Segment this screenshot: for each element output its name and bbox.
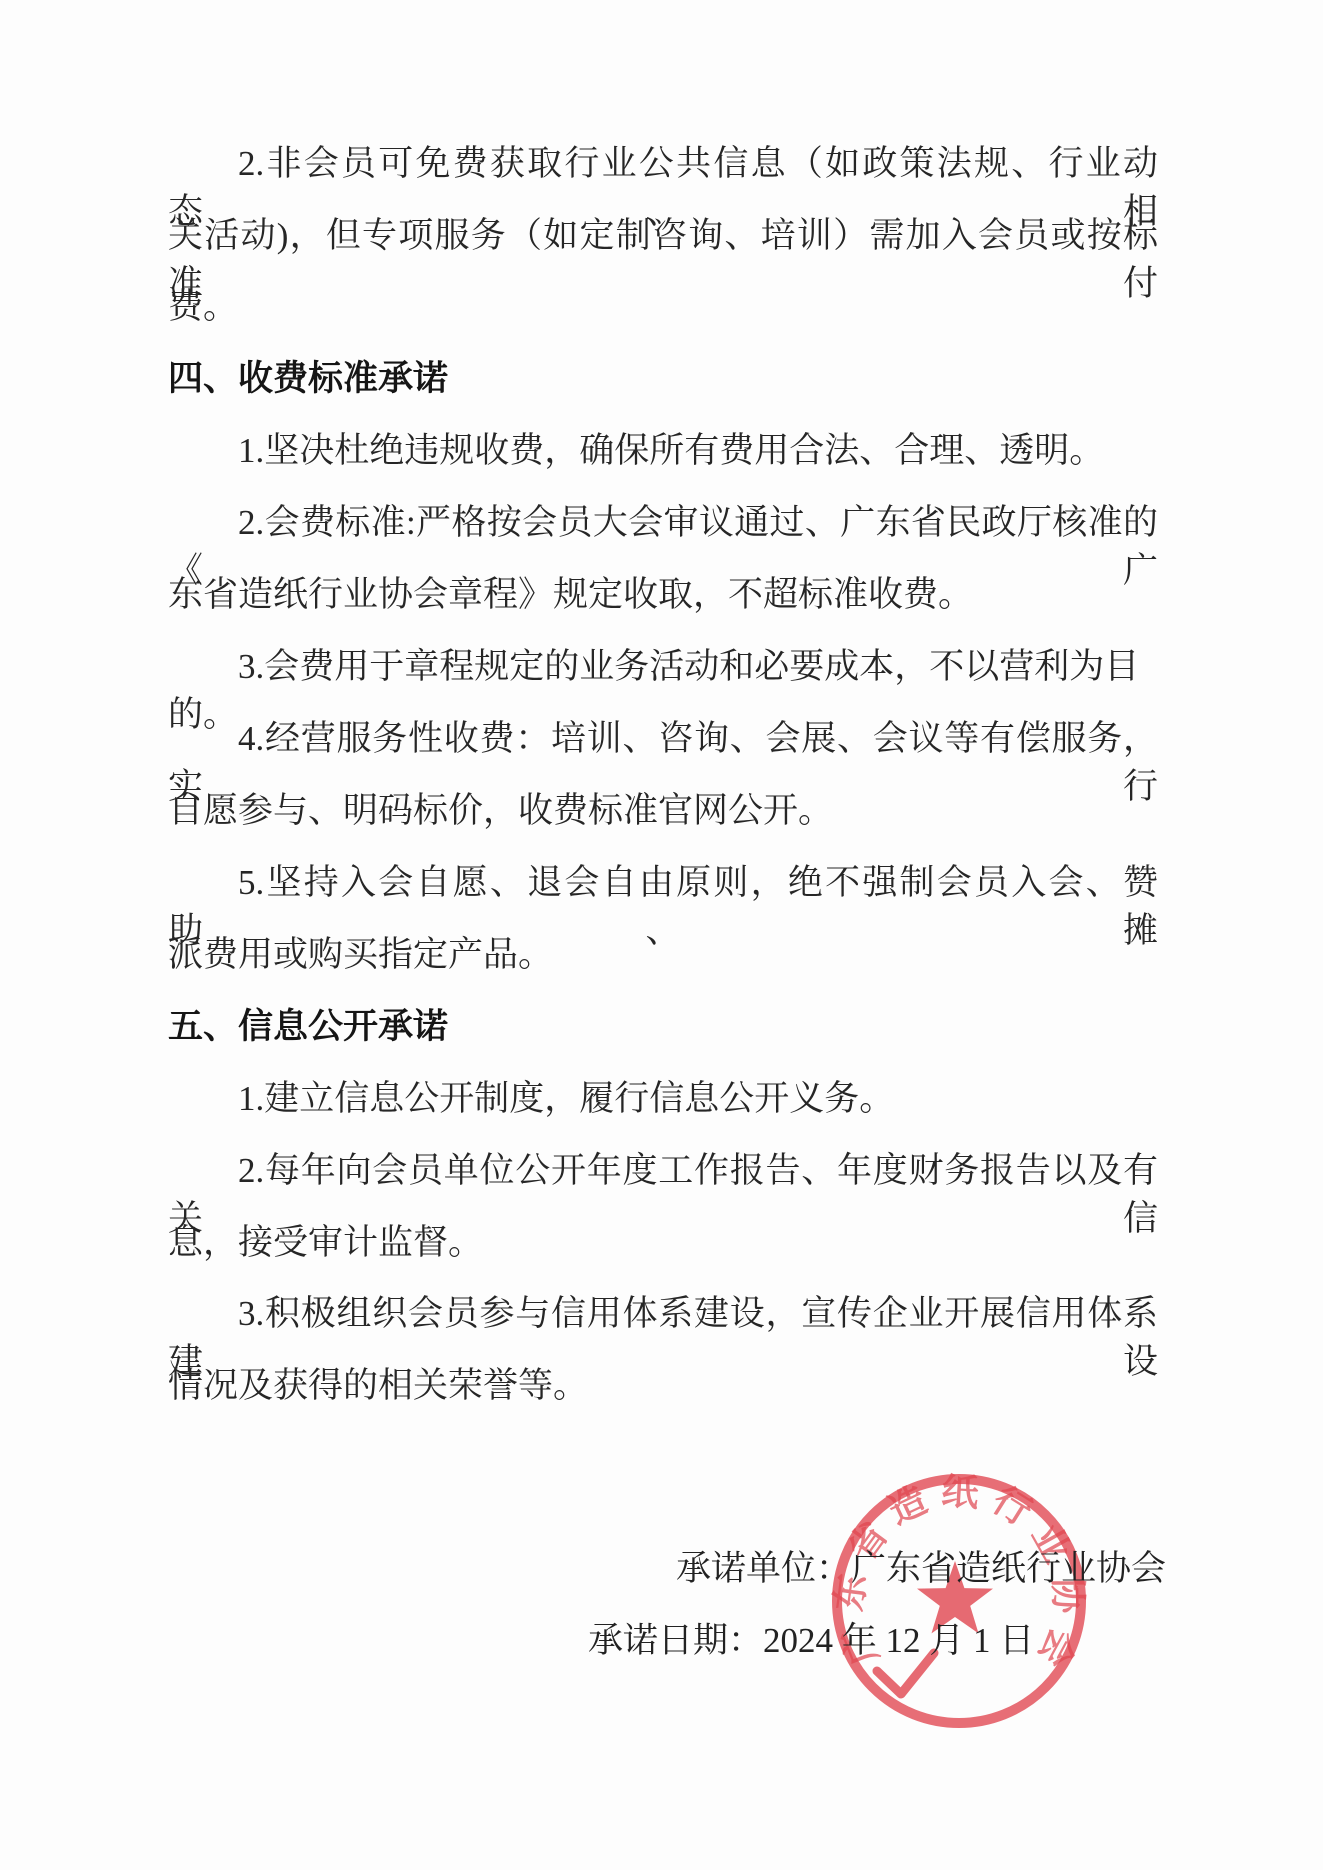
body-line: 派费用或购买指定产品。: [168, 931, 1158, 979]
body-line: 1.坚决杜绝违规收费，确保所有费用合法、合理、透明。: [168, 427, 1158, 475]
body-line: 东省造纸行业协会章程》规定收取，不超标准收费。: [168, 571, 1158, 619]
section-heading: 五、信息公开承诺: [168, 1003, 1158, 1051]
official-seal-stamp: 广东省造纸行业协会: [806, 1448, 1112, 1754]
body-line: 费。: [168, 283, 1158, 331]
section-heading: 四、收费标准承诺: [168, 355, 1158, 403]
signature-unit-line: 承诺单位：广东省造纸行业协会: [676, 1545, 1166, 1593]
signature-date-line: 承诺日期：2024 年 12 月 1 日: [588, 1617, 1034, 1665]
body-line: 自愿参与、明码标价，收费标准官网公开。: [168, 787, 1158, 835]
document-page: 2.非会员可免费获取行业公共信息（如政策法规、行业动态、相 关活动)，但专项服务…: [0, 0, 1323, 1870]
body-line: 情况及获得的相关荣誉等。: [168, 1362, 1158, 1410]
body-line: 1.建立信息公开制度，履行信息公开义务。: [168, 1075, 1158, 1123]
body-line: 息，接受审计监督。: [168, 1219, 1158, 1267]
